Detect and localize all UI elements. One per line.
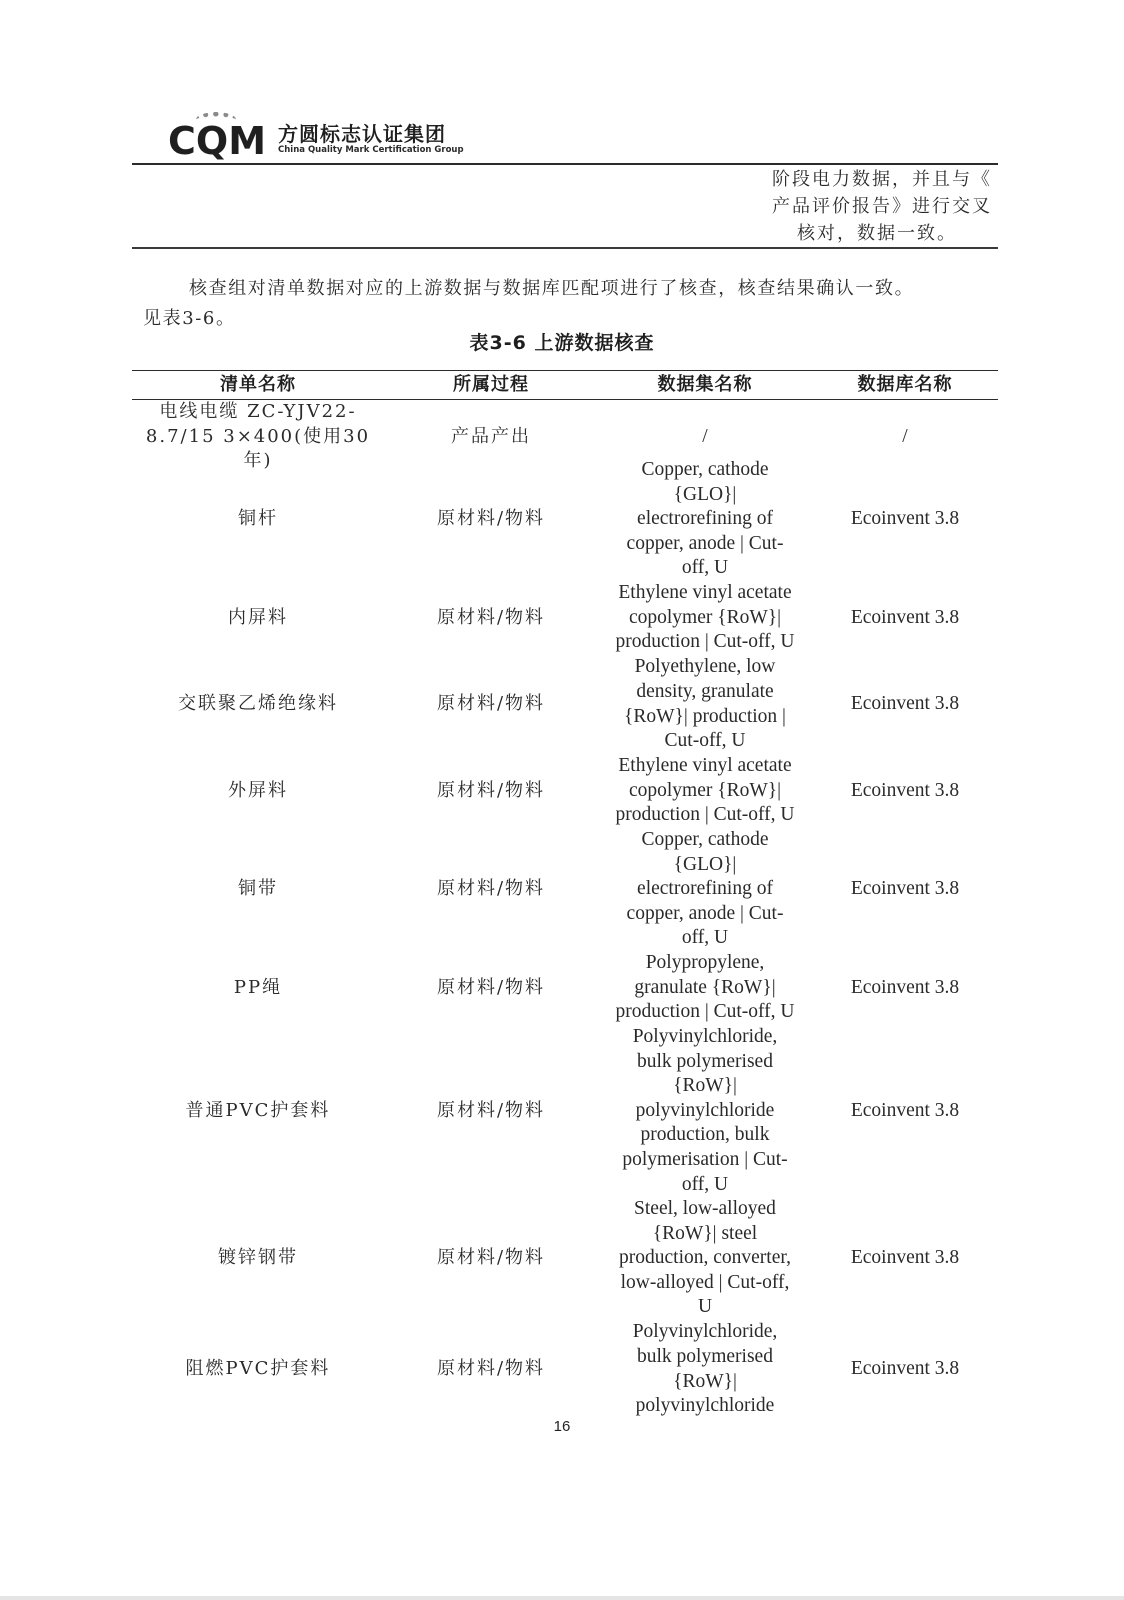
continued-line-2: 产品评价报告》进行交叉 [742,193,992,220]
continued-table-bottom-rule [132,247,998,249]
cell-process: 原材料/物料 [384,507,598,532]
cell-inventory-name: 外屏料 [132,779,384,804]
header-inventory-name: 清单名称 [132,372,384,398]
cell-process: 原材料/物料 [384,1357,598,1382]
cell-process: 原材料/物料 [384,1099,598,1124]
cell-dataset-name: Polyvinylchloride, bulk polymerised {RoW… [598,1025,812,1197]
table-body: 电线电缆 ZC-YJV22- 8.7/15 3×400(使用30年)产品产出//… [132,400,998,1419]
cell-inventory-name: PP绳 [132,976,384,1001]
cell-database-name: / [812,425,998,450]
body-paragraph: 核查组对清单数据对应的上游数据与数据库匹配项进行了核查，核查结果确认一致。 见表… [143,274,993,334]
table-row: 交联聚乙烯绝缘料原材料/物料Polyethylene, low density,… [132,655,998,754]
paragraph-line-1: 核查组对清单数据对应的上游数据与数据库匹配项进行了核查，核查结果确认一致。 [189,278,914,299]
cell-process: 原材料/物料 [384,877,598,902]
logo-chinese-name: 方圆标志认证集团 [278,123,464,145]
cell-dataset-name: Ethylene vinyl acetate copolymer {RoW}| … [598,581,812,655]
logo-mark: CQM [168,110,268,160]
continued-table-cell: 阶段电力数据，并且与《 产品评价报告》进行交叉 核对，数据一致。 [742,166,992,247]
table-row: 外屏料原材料/物料Ethylene vinyl acetate copolyme… [132,754,998,828]
table-row: 电线电缆 ZC-YJV22- 8.7/15 3×400(使用30年)产品产出// [132,400,998,458]
upstream-data-table: 清单名称 所属过程 数据集名称 数据库名称 电线电缆 ZC-YJV22- 8.7… [132,370,998,1419]
table-row: PP绳原材料/物料Polypropylene, granulate {RoW}|… [132,951,998,1025]
scan-bottom-edge [0,1596,1124,1600]
logo-text: 方圆标志认证集团 China Quality Mark Certificatio… [278,123,464,160]
cell-database-name: Ecoinvent 3.8 [812,692,998,717]
cell-process: 原材料/物料 [384,779,598,804]
cell-database-name: Ecoinvent 3.8 [812,976,998,1001]
table-caption: 表3-6 上游数据核查 [0,329,1124,357]
cell-dataset-name: Polyethylene, low density, granulate {Ro… [598,655,812,753]
table-row: 镀锌钢带原材料/物料Steel, low-alloyed {RoW}| stee… [132,1197,998,1320]
cell-dataset-name: Steel, low-alloyed {RoW}| steel producti… [598,1197,812,1320]
continued-line-1: 阶段电力数据，并且与《 [742,166,992,193]
cell-inventory-name: 交联聚乙烯绝缘料 [132,692,384,717]
table-row: 铜带原材料/物料Copper, cathode {GLO}| electrore… [132,828,998,951]
cell-process: 原材料/物料 [384,606,598,631]
cell-dataset-name: Ethylene vinyl acetate copolymer {RoW}| … [598,754,812,828]
logo-letters: CQM [168,122,266,160]
cell-process: 原材料/物料 [384,692,598,717]
cell-database-name: Ecoinvent 3.8 [812,779,998,804]
cell-database-name: Ecoinvent 3.8 [812,1246,998,1271]
cell-process: 原材料/物料 [384,1246,598,1271]
cell-dataset-name: Copper, cathode {GLO}| electrorefining o… [598,458,812,581]
header-divider [132,163,998,165]
cqm-logo: CQM 方圆标志认证集团 China Quality Mark Certific… [168,104,464,160]
table-header: 清单名称 所属过程 数据集名称 数据库名称 [132,370,998,400]
cell-inventory-name: 铜带 [132,877,384,902]
header-database-name: 数据库名称 [812,372,998,398]
header-dataset-name: 数据集名称 [598,372,812,398]
page-number: 16 [0,1418,1124,1435]
header-process: 所属过程 [384,372,598,398]
cell-database-name: Ecoinvent 3.8 [812,1099,998,1124]
cell-dataset-name: Polypropylene, granulate {RoW}| producti… [598,951,812,1025]
cell-database-name: Ecoinvent 3.8 [812,877,998,902]
cell-dataset-name: / [598,425,812,450]
cell-process: 产品产出 [384,425,598,450]
cell-process: 原材料/物料 [384,976,598,1001]
table-row: 阻燃PVC护套料原材料/物料Polyvinylchloride, bulk po… [132,1320,998,1419]
cell-database-name: Ecoinvent 3.8 [812,1357,998,1382]
continued-line-3: 核对，数据一致。 [742,220,992,247]
document-page: CQM 方圆标志认证集团 China Quality Mark Certific… [0,0,1124,1600]
cell-database-name: Ecoinvent 3.8 [812,606,998,631]
cell-inventory-name: 内屏料 [132,606,384,631]
cell-inventory-name: 镀锌钢带 [132,1246,384,1271]
cell-inventory-name: 铜杆 [132,507,384,532]
table-row: 铜杆原材料/物料Copper, cathode {GLO}| electrore… [132,458,998,581]
cell-database-name: Ecoinvent 3.8 [812,507,998,532]
table-row: 普通PVC护套料原材料/物料Polyvinylchloride, bulk po… [132,1025,998,1197]
cell-inventory-name: 普通PVC护套料 [132,1099,384,1124]
logo-english-name: China Quality Mark Certification Group [278,145,464,156]
cell-inventory-name: 阻燃PVC护套料 [132,1357,384,1382]
cell-inventory-name: 电线电缆 ZC-YJV22- 8.7/15 3×400(使用30年) [132,400,384,474]
cell-dataset-name: Copper, cathode {GLO}| electrorefining o… [598,828,812,951]
cell-dataset-name: Polyvinylchloride, bulk polymerised {RoW… [598,1320,812,1418]
table-row: 内屏料原材料/物料Ethylene vinyl acetate copolyme… [132,581,998,655]
